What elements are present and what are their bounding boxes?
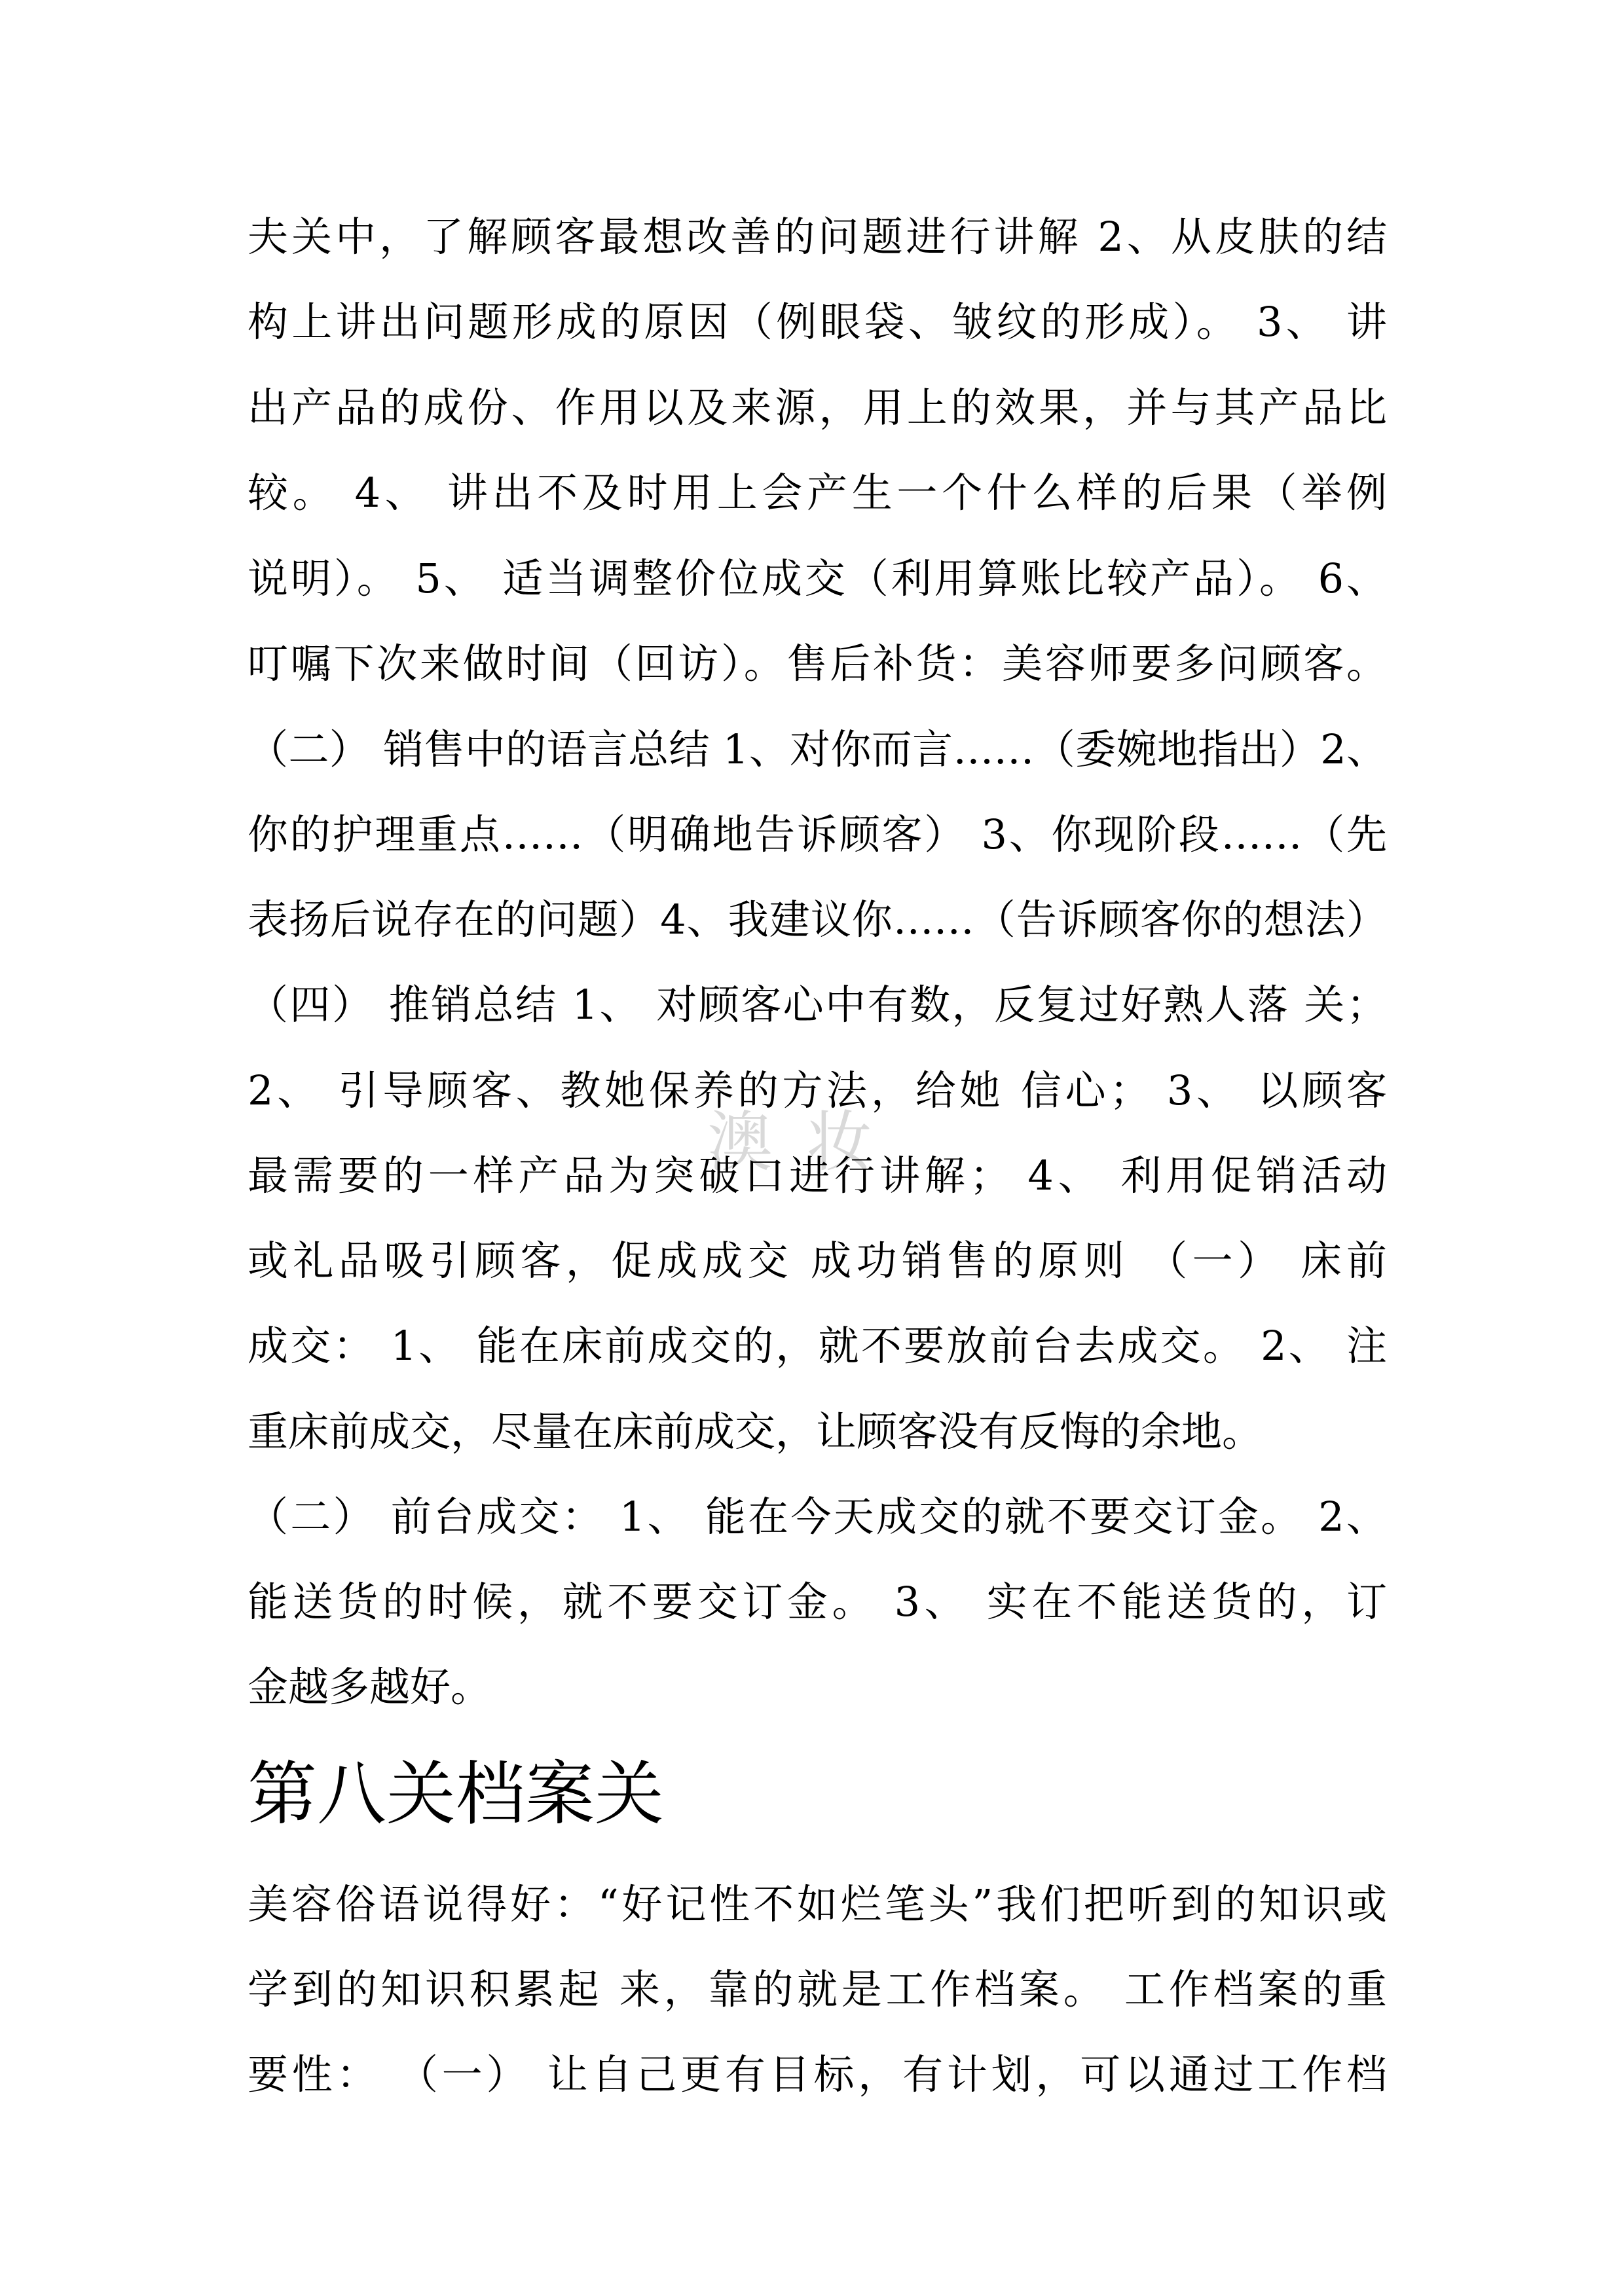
body-text-line: 说明）。 5、 适当调整价位成交（利用算账比较产品）。 6、 bbox=[248, 556, 1387, 602]
body-text-line: 成交： 1、 能在床前成交的，就不要放前台去成交。 2、 注 bbox=[248, 1323, 1387, 1369]
body-text-line: 构上讲出问题形成的原因（例眼袋、皱纹的形成）。 3、 讲 bbox=[248, 299, 1387, 345]
body-text-line: 你的护理重点……（明确地告诉顾客） 3、你现阶段……（先 bbox=[248, 812, 1387, 858]
body-text-line: 金越多越好。 bbox=[248, 1664, 1387, 1710]
body-text-line: （四） 推销总结 1、 对顾客心中有数，反复过好熟人落 关； bbox=[248, 982, 1387, 1028]
body-text-line: （二） 前台成交： 1、 能在今天成交的就不要交订金。 2、 bbox=[248, 1494, 1387, 1540]
document-page: 澳 妆 夫关中，了解顾客最想改善的问题进行讲解 2、从皮肤的结 构上讲出问题形成… bbox=[0, 0, 1624, 2296]
section-heading: 第八关档案关 bbox=[248, 1752, 664, 1837]
body-text-line: 学到的知识积累起 来，靠的就是工作档案。 工作档案的重 bbox=[248, 1967, 1387, 2013]
body-text-line: 较。 4、 讲出不及时用上会产生一个什么样的后果（举例 bbox=[248, 470, 1387, 516]
body-text-line: 最需要的一样产品为突破口进行讲解； 4、 利用促销活动 bbox=[248, 1153, 1387, 1199]
body-text-line: （二） 销售中的语言总结 1、对你而言……（委婉地指出）2、 bbox=[248, 727, 1387, 773]
body-text-line: 叮嘱下次来做时间（回访）。售后补货：美容师要多问顾客。 bbox=[248, 641, 1387, 687]
body-text-line: 能送货的时候，就不要交订金。 3、 实在不能送货的，订 bbox=[248, 1579, 1387, 1625]
body-text-line: 要性： （一） 让自己更有目标，有计划，可以通过工作档 bbox=[248, 2052, 1387, 2098]
body-text-line: 2、 引导顾客、教她保养的方法，给她 信心； 3、 以顾客 bbox=[248, 1068, 1387, 1114]
body-text-line: 出产品的成份、作用以及来源，用上的效果，并与其产品比 bbox=[248, 385, 1387, 431]
body-text-line: 重床前成交，尽量在床前成交，让顾客没有反悔的余地。 bbox=[248, 1409, 1387, 1455]
body-text-line: 美容俗语说得好：“好记性不如烂笔头”我们把听到的知识或 bbox=[248, 1882, 1387, 1927]
body-text-line: 或礼品吸引顾客，促成成交 成功销售的原则 （一） 床前 bbox=[248, 1238, 1387, 1284]
body-text-line: 表扬后说存在的问题）4、我建议你……（告诉顾客你的想法） bbox=[248, 897, 1387, 943]
body-text-line: 夫关中，了解顾客最想改善的问题进行讲解 2、从皮肤的结 bbox=[248, 214, 1387, 260]
